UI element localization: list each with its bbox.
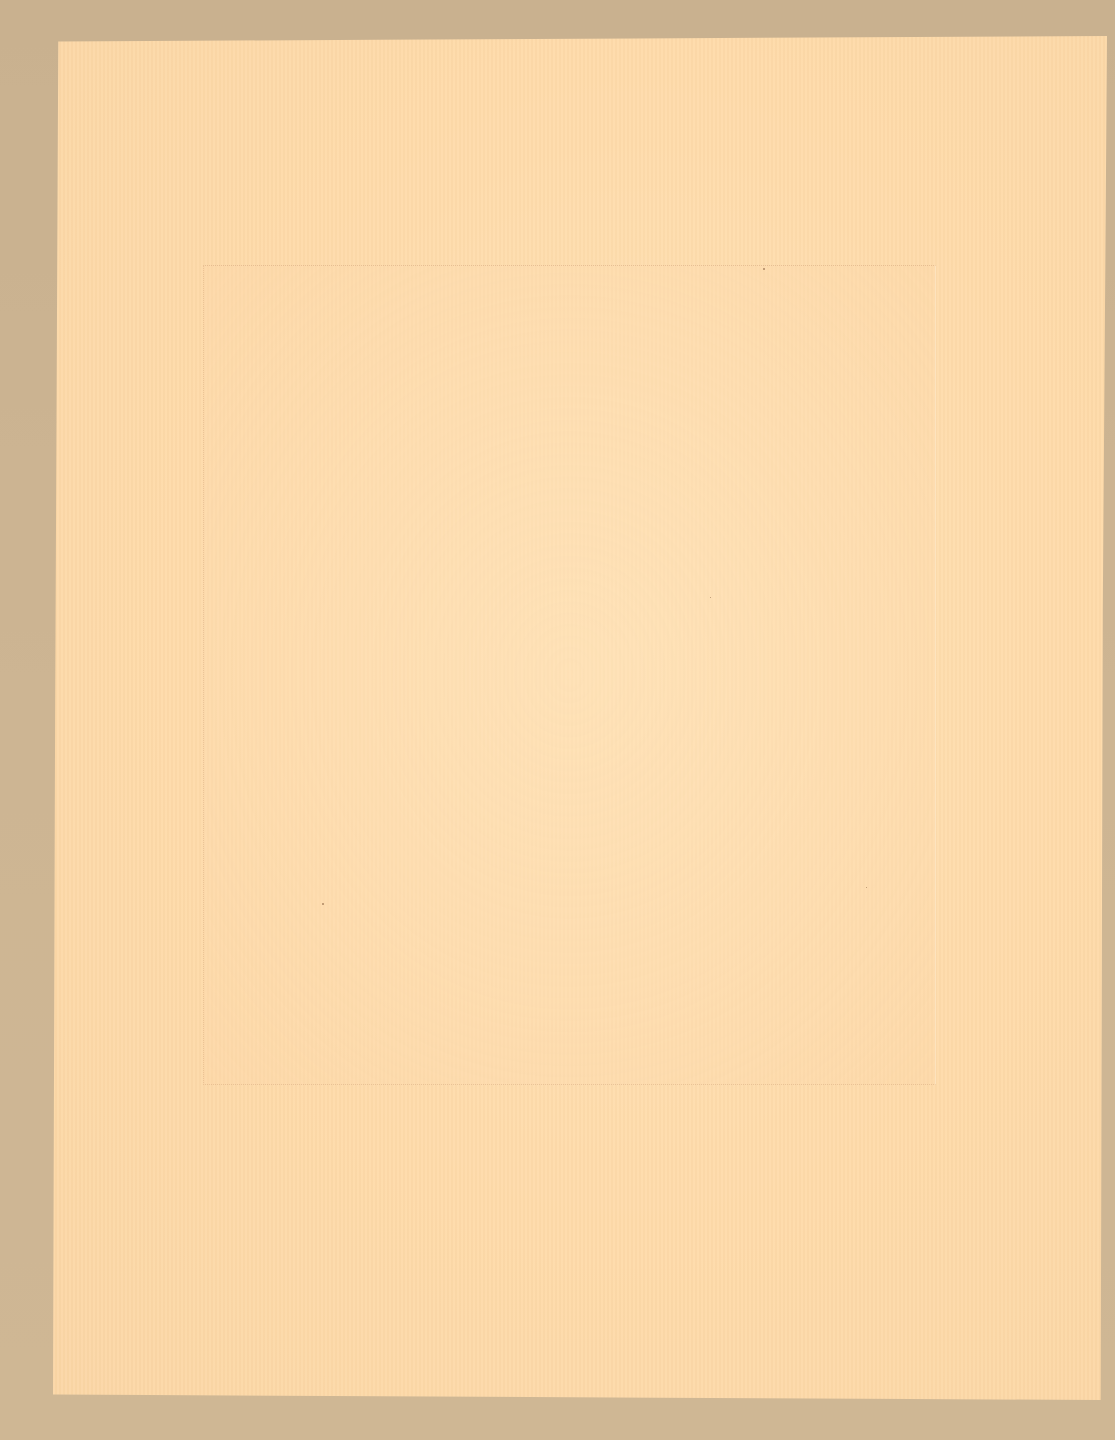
speck xyxy=(322,903,324,905)
speck xyxy=(763,268,765,270)
plate-mark xyxy=(203,265,936,1085)
speck xyxy=(710,597,711,598)
speck xyxy=(866,887,867,888)
